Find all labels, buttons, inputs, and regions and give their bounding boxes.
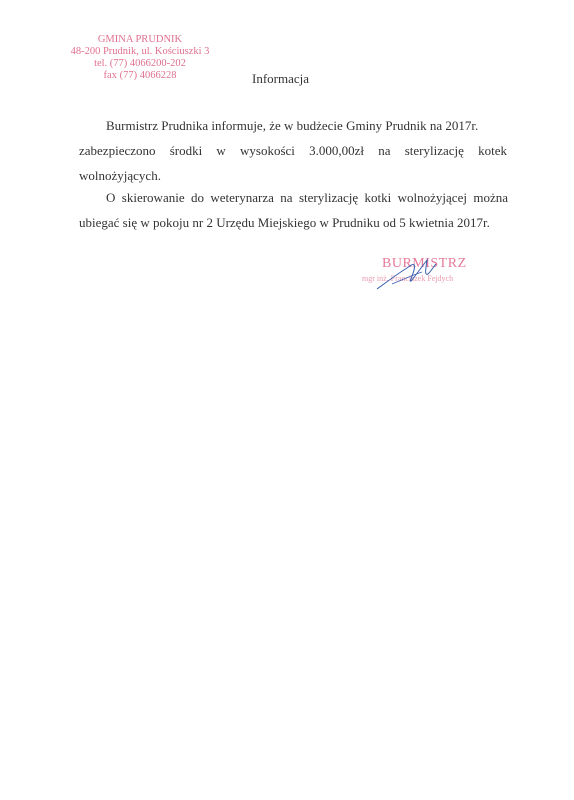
handwritten-signature-icon xyxy=(372,254,462,294)
signature-block: BURMISTRZ mgr inż. Franciszek Fejdych xyxy=(360,256,500,283)
paragraph-line: ubiegać się w pokoju nr 2 Urzędu Miejski… xyxy=(79,210,506,235)
paragraph-application: O skierowanie do weterynarza na steryliz… xyxy=(106,185,506,235)
municipality-stamp: GMINA PRUDNIK 48-200 Prudnik, ul. Kościu… xyxy=(40,34,240,82)
paragraph-line: O skierowanie do weterynarza na steryliz… xyxy=(106,185,508,210)
paragraph-line: zabezpieczono środki w wysokości 3.000,0… xyxy=(79,138,507,163)
stamp-line-fax: fax (77) 4066228 xyxy=(40,70,240,82)
document-title: Informacja xyxy=(252,71,309,87)
stamp-line-phone: tel. (77) 4066200-202 xyxy=(40,58,240,70)
stamp-line-address: 48-200 Prudnik, ul. Kościuszki 3 xyxy=(40,46,240,58)
paragraph-line: Burmistrz Prudnika informuje, że w budże… xyxy=(106,113,506,138)
stamp-line-name: GMINA PRUDNIK xyxy=(40,34,240,46)
paragraph-budget: Burmistrz Prudnika informuje, że w budże… xyxy=(106,113,506,188)
